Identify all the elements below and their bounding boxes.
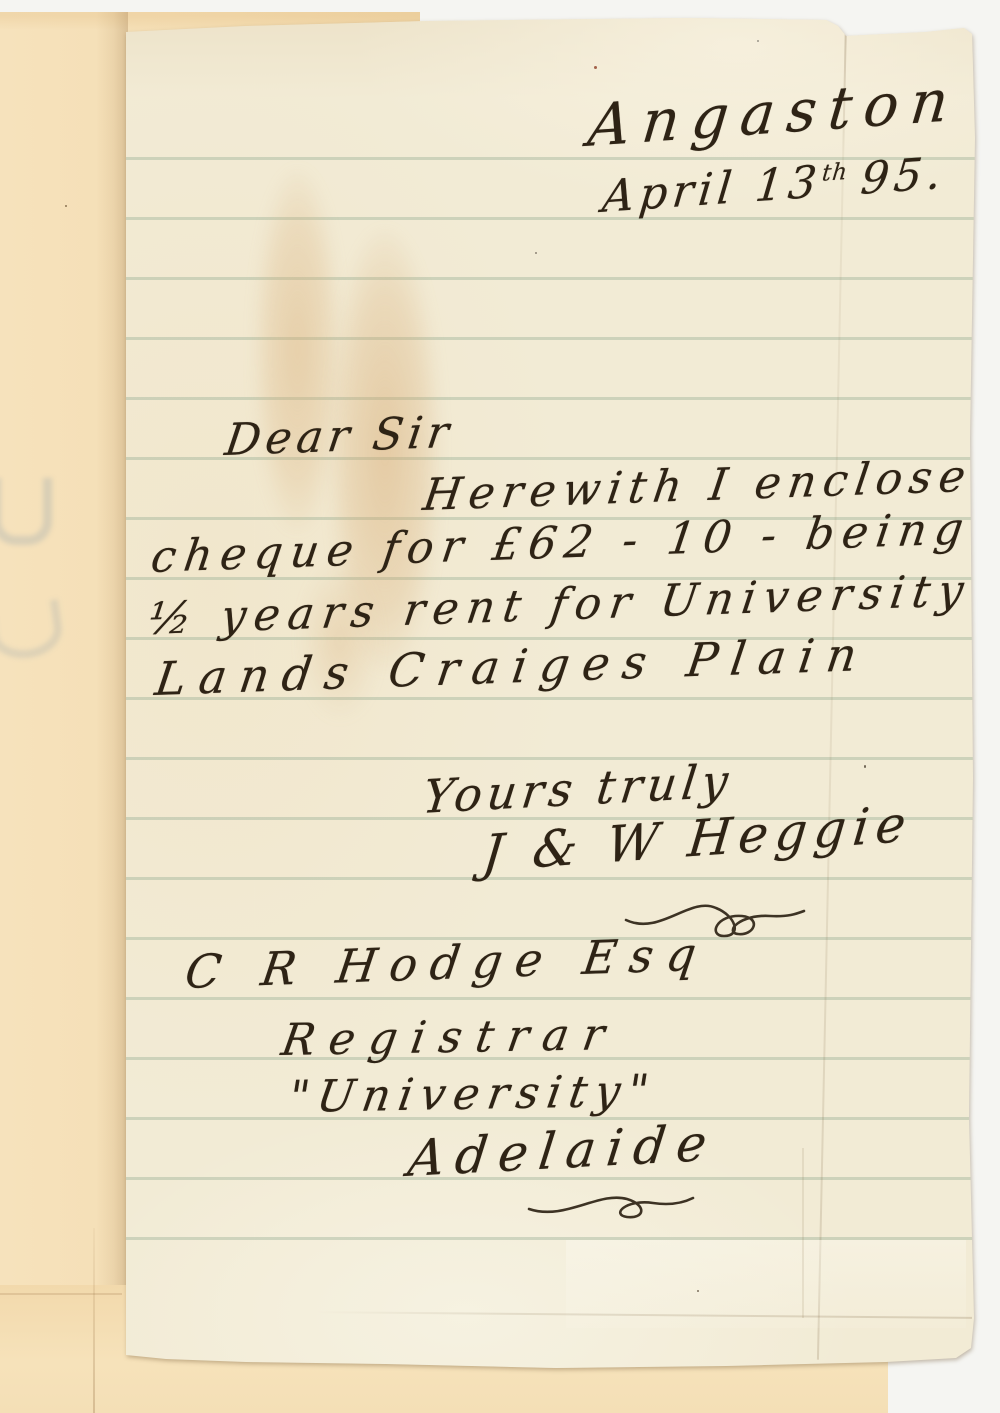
page-fold-shadow: [96, 12, 128, 1413]
date-ordinal: th: [821, 159, 850, 187]
crease-line: [93, 1228, 95, 1413]
ink-bleed-mark: [0, 599, 65, 662]
corner-fold-crease: [802, 1148, 804, 1318]
scanned-letter: Angaston April 13th95. Dear Sir Herewith…: [0, 0, 1000, 1413]
letter-paper-wrap: Angaston April 13th95. Dear Sir Herewith…: [126, 18, 975, 1368]
stain-mark: [255, 170, 340, 530]
crease-line: [0, 1293, 122, 1295]
address-flourish: [525, 1185, 697, 1227]
date-year: 95.: [858, 147, 948, 204]
recipient-title: Registrar: [278, 1009, 622, 1066]
salutation: Dear Sir: [222, 407, 457, 466]
letter-paper: Angaston April 13th95. Dear Sir Herewith…: [126, 18, 975, 1368]
recipient-org: "University": [285, 1065, 660, 1123]
ink-bleed-mark: [0, 478, 52, 545]
